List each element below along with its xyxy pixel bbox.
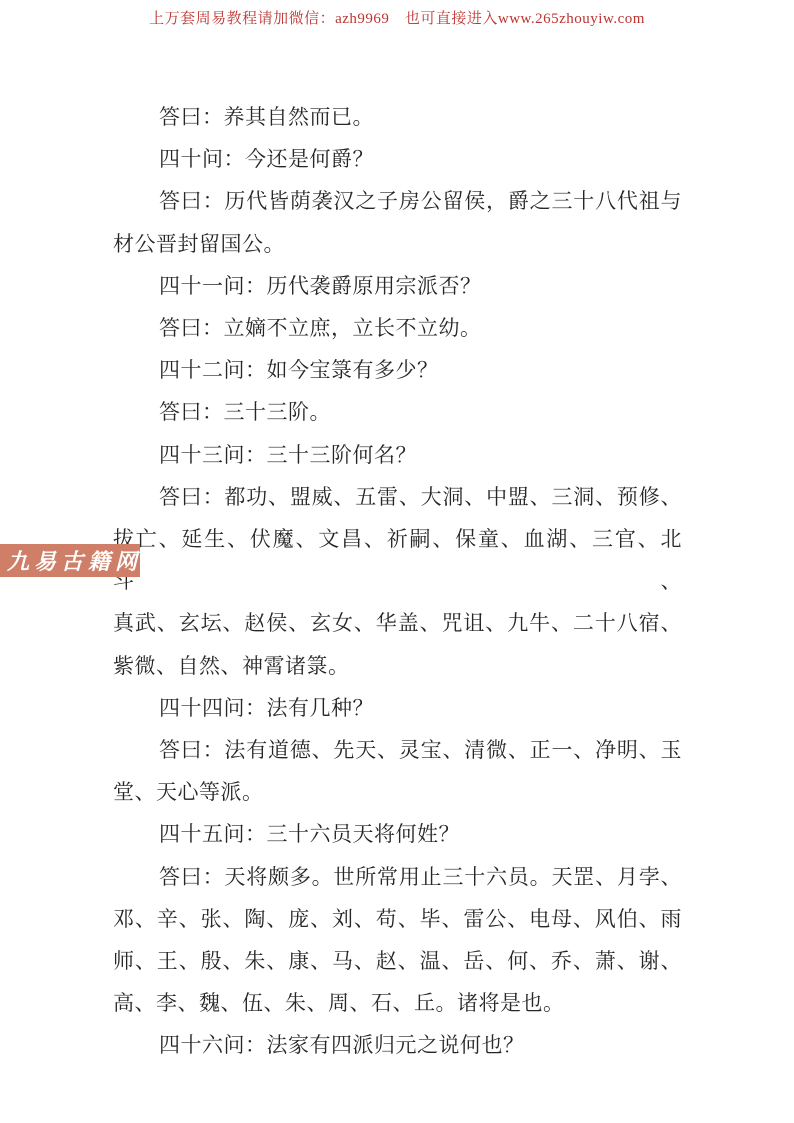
text-line: 堂、天心等派。 xyxy=(113,771,682,813)
header-promo-notice: 上万套周易教程请加微信：azh9969 也可直接进入www.265zhouyiw… xyxy=(0,7,794,28)
text-line: 四十四问：法有几种？ xyxy=(113,687,682,729)
text-line: 答曰：养其自然而已。 xyxy=(113,96,682,138)
text-line: 四十问：今还是何爵？ xyxy=(113,138,682,180)
text-line: 四十二问：如今宝箓有多少？ xyxy=(113,349,682,391)
text-line: 四十六问：法家有四派归元之说何也？ xyxy=(113,1024,682,1066)
text-line: 答曰：立嫡不立庶，立长不立幼。 xyxy=(113,307,682,349)
document-page: 上万套周易教程请加微信：azh9969 也可直接进入www.265zhouyiw… xyxy=(0,0,794,1123)
text-line: 四十三问：三十三阶何名？ xyxy=(113,434,682,476)
text-line: 答曰：天将颇多。世所常用止三十六员。天罡、月孛、 xyxy=(113,856,682,898)
text-line: 拔亡、延生、伏魔、文昌、祈嗣、保童、血湖、三官、北斗、 xyxy=(113,518,682,602)
text-line: 邓、辛、张、陶、庞、刘、苟、毕、雷公、电母、风伯、雨 xyxy=(113,898,682,940)
text-line: 真武、玄坛、赵侯、玄女、华盖、咒诅、九牛、二十八宿、 xyxy=(113,602,682,644)
text-line: 师、王、殷、朱、康、马、赵、温、岳、何、乔、萧、谢、 xyxy=(113,940,682,982)
text-line: 四十一问：历代袭爵原用宗派否？ xyxy=(113,265,682,307)
text-line: 紫微、自然、神霄诸箓。 xyxy=(113,645,682,687)
site-watermark-badge: 九易古籍网 xyxy=(0,544,140,577)
text-line: 答曰：历代皆荫袭汉之子房公留侯，爵之三十八代祖与 xyxy=(113,180,682,222)
text-line: 答曰：法有道德、先天、灵宝、清微、正一、净明、玉 xyxy=(113,729,682,771)
document-body: 答曰：养其自然而已。 四十问：今还是何爵？ 答曰：历代皆荫袭汉之子房公留侯，爵之… xyxy=(113,96,682,1067)
text-line: 答曰：都功、盟威、五雷、大洞、中盟、三洞、预修、 xyxy=(113,476,682,518)
text-line: 答曰：三十三阶。 xyxy=(113,391,682,433)
text-line: 高、李、魏、伍、朱、周、石、丘。诸将是也。 xyxy=(113,982,682,1024)
text-line: 四十五问：三十六员天将何姓？ xyxy=(113,813,682,855)
text-line: 材公晋封留国公。 xyxy=(113,223,682,265)
